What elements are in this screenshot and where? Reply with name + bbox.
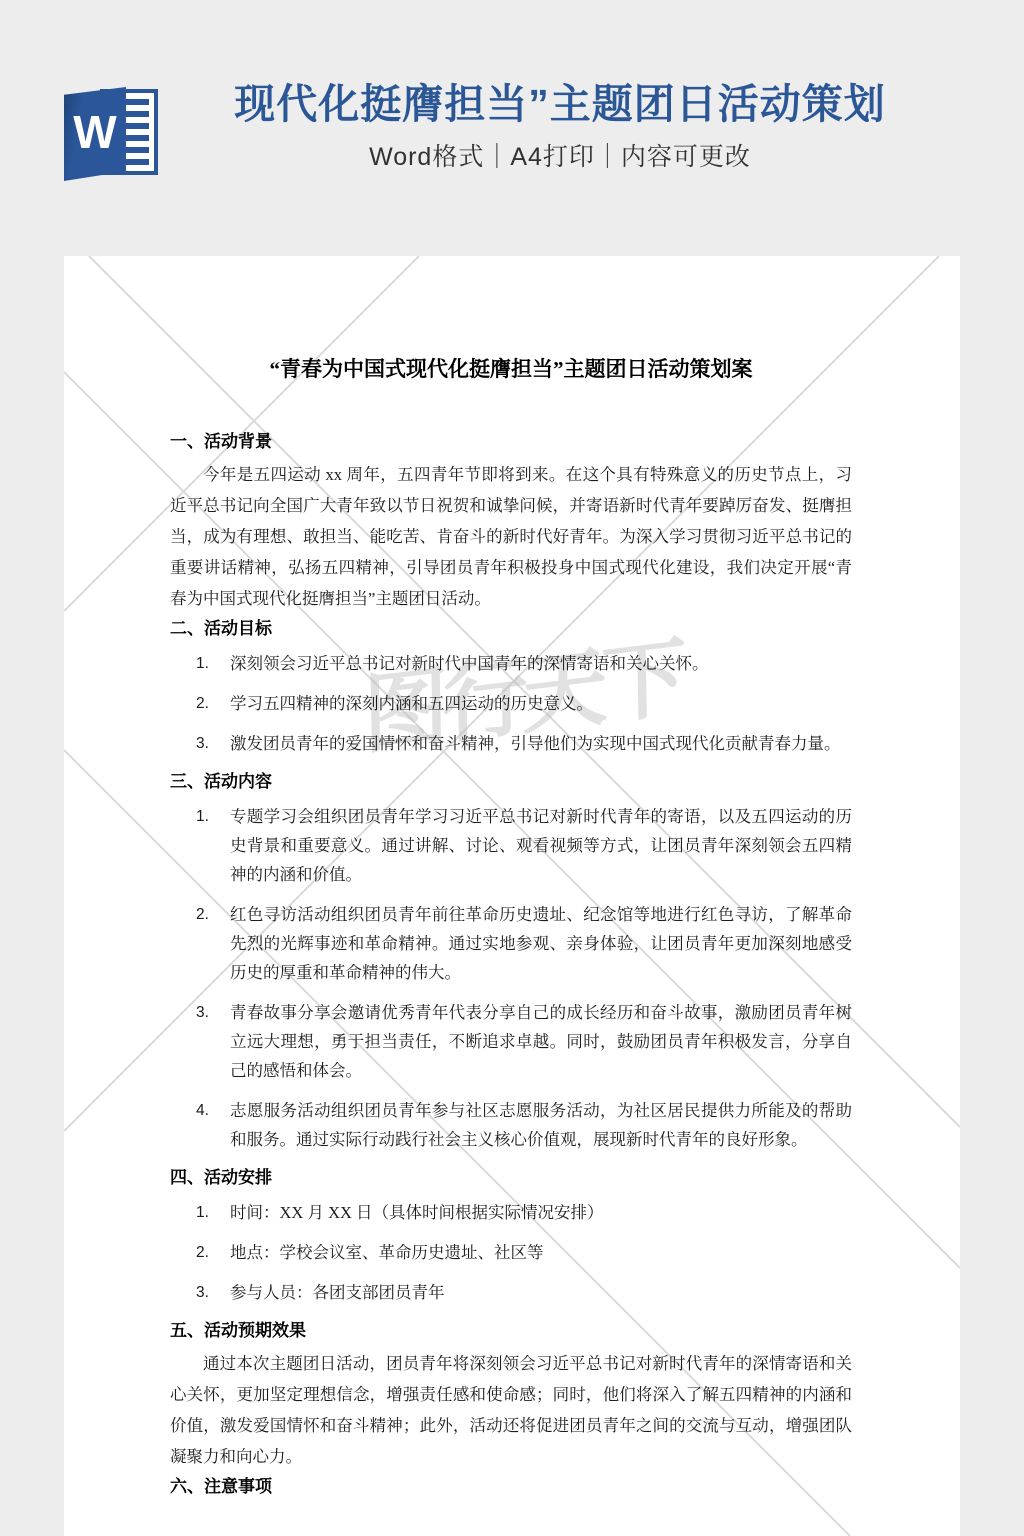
template-subtitle: Word格式｜A4打印｜内容可更改 — [150, 141, 970, 173]
list-item-number: 1. — [196, 1198, 230, 1227]
section-heading: 五、活动预期效果 — [170, 1319, 852, 1343]
list-item: 1.专题学习会组织团员青年学习习近平总书记对新时代青年的寄语，以及五四运动的历史… — [196, 802, 852, 889]
list-item-text: 青春故事分享会邀请优秀青年代表分享自己的成长经历和奋斗故事，激励团员青年树立远大… — [230, 998, 852, 1085]
template-title: 现代化挺膺担当”主题团日活动策划 — [150, 78, 970, 130]
list-item-number: 4. — [196, 1096, 230, 1154]
template-preview-page: { "header": { "title": "现代化挺膺担当”主题团日活动策划… — [0, 0, 1024, 1536]
section-heading: 二、活动目标 — [170, 617, 852, 641]
list-item: 4.志愿服务活动组织团员青年参与社区志愿服务活动，为社区居民提供力所能及的帮助和… — [196, 1096, 852, 1154]
list-item-text: 参与人员：各团支部团员青年 — [230, 1278, 852, 1307]
list-item-text: 红色寻访活动组织团员青年前往革命历史遗址、纪念馆等地进行红色寻访，了解革命先烈的… — [230, 900, 852, 987]
numbered-list: 1.专题学习会组织团员青年学习习近平总书记对新时代青年的寄语，以及五四运动的历史… — [170, 799, 852, 1166]
list-item-text: 专题学习会组织团员青年学习习近平总书记对新时代青年的寄语，以及五四运动的历史背景… — [230, 802, 852, 889]
list-item-text: 时间：XX 月 XX 日（具体时间根据实际情况安排） — [230, 1198, 852, 1227]
list-item: 1.时间：XX 月 XX 日（具体时间根据实际情况安排） — [196, 1198, 852, 1227]
paragraph: 通过本次主题团日活动，团员青年将深刻领会习近平总书记对新时代青年的深情寄语和关心… — [170, 1348, 852, 1472]
list-item: 3.青春故事分享会邀请优秀青年代表分享自己的成长经历和奋斗故事，激励团员青年树立… — [196, 998, 852, 1085]
site-header: W 现代化挺膺担当”主题团日活动策划 Word格式｜A4打印｜内容可更改 — [0, 78, 1024, 198]
list-item-text: 激发团员青年的爱国情怀和奋斗精神，引导他们为实现中国式现代化贡献青春力量。 — [230, 729, 852, 758]
list-item-text: 志愿服务活动组织团员青年参与社区志愿服务活动，为社区居民提供力所能及的帮助和服务… — [230, 1096, 852, 1154]
section-heading: 一、活动背景 — [170, 430, 852, 454]
list-item: 3.参与人员：各团支部团员青年 — [196, 1278, 852, 1307]
section-heading: 四、活动安排 — [170, 1166, 852, 1190]
list-item-text: 深刻领会习近平总书记对新时代中国青年的深情寄语和关心关怀。 — [230, 649, 852, 678]
list-item-number: 1. — [196, 802, 230, 889]
numbered-list: 1.时间：XX 月 XX 日（具体时间根据实际情况安排）2.地点：学校会议室、革… — [170, 1195, 852, 1319]
word-logo-panel: W — [64, 84, 126, 182]
list-item: 2.地点：学校会议室、革命历史遗址、社区等 — [196, 1238, 852, 1267]
section-heading: 三、活动内容 — [170, 770, 852, 794]
list-item-number: 2. — [196, 1238, 230, 1267]
document-page: 图行天下 “青春为中国式现代化挺膺担当”主题团日活动策划案 一、活动背景今年是五… — [64, 256, 960, 1536]
list-item: 1.深刻领会习近平总书记对新时代中国青年的深情寄语和关心关怀。 — [196, 649, 852, 678]
list-item: 3.激发团员青年的爱国情怀和奋斗精神，引导他们为实现中国式现代化贡献青春力量。 — [196, 729, 852, 758]
list-item-number: 2. — [196, 900, 230, 987]
numbered-list: 1.深刻领会习近平总书记对新时代中国青年的深情寄语和关心关怀。2.学习五四精神的… — [170, 646, 852, 770]
list-item: 2.学习五四精神的深刻内涵和五四运动的历史意义。 — [196, 689, 852, 718]
word-logo-letter: W — [73, 109, 116, 155]
header-text-block: 现代化挺膺担当”主题团日活动策划 Word格式｜A4打印｜内容可更改 — [150, 78, 970, 173]
word-logo-icon: W — [64, 84, 162, 182]
list-item-text: 地点：学校会议室、革命历史遗址、社区等 — [230, 1238, 852, 1267]
paragraph: 今年是五四运动 xx 周年，五四青年节即将到来。在这个具有特殊意义的历史节点上，… — [170, 459, 852, 614]
list-item-number: 3. — [196, 1278, 230, 1307]
list-item: 2.红色寻访活动组织团员青年前往革命历史遗址、纪念馆等地进行红色寻访，了解革命先… — [196, 900, 852, 987]
section-heading: 六、注意事项 — [170, 1475, 852, 1499]
document-content: “青春为中国式现代化挺膺担当”主题团日活动策划案 一、活动背景今年是五四运动 x… — [64, 256, 960, 1499]
list-item-text: 学习五四精神的深刻内涵和五四运动的历史意义。 — [230, 689, 852, 718]
list-item-number: 3. — [196, 729, 230, 758]
list-item-number: 1. — [196, 649, 230, 678]
doc-sections: 一、活动背景今年是五四运动 xx 周年，五四青年节即将到来。在这个具有特殊意义的… — [170, 430, 852, 1499]
document-title: “青春为中国式现代化挺膺担当”主题团日活动策划案 — [170, 354, 852, 384]
list-item-number: 2. — [196, 689, 230, 718]
list-item-number: 3. — [196, 998, 230, 1085]
